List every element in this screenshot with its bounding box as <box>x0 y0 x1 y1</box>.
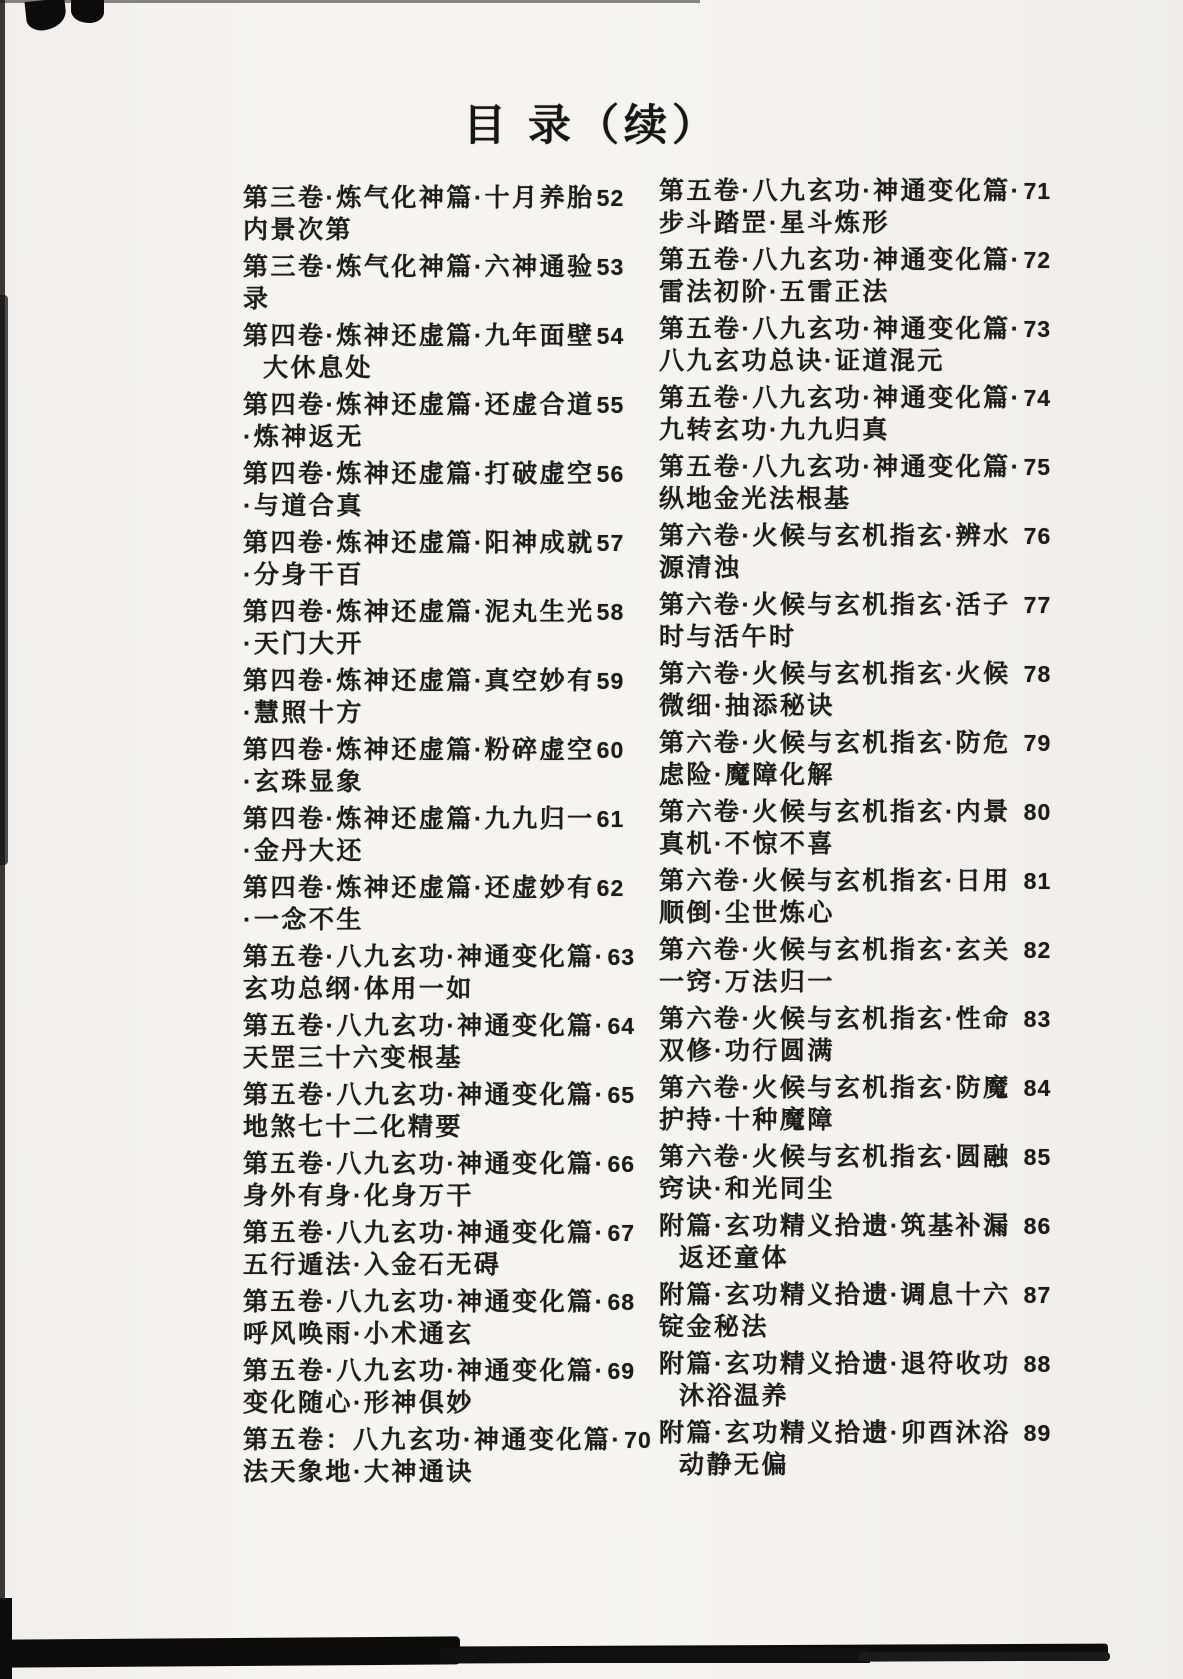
toc-entry-line1: 附篇·玄功精义拾遗·卯酉沐浴89 <box>659 1417 1089 1449</box>
toc-entry-pagenum: 52 <box>597 185 625 211</box>
toc-entry-title: 第五卷·八九玄功·神通变化篇· <box>659 453 1021 481</box>
toc-entry-line1: 第四卷·炼神还虚篇·泥丸生光58 <box>243 596 673 628</box>
toc-entry: 第四卷·炼神还虚篇·真空妙有59·慧照十方 <box>243 665 673 729</box>
toc-entry: 第六卷·火候与玄机指玄·内景80真机·不惊不喜 <box>659 796 1089 860</box>
toc-entry-line1: 第四卷·炼神还虚篇·九九归一61 <box>243 803 673 835</box>
toc-entry-pagenum: 76 <box>1024 523 1052 549</box>
toc-entry-title: 第五卷·八九玄功·神通变化篇· <box>243 1081 605 1109</box>
scanned-toc-page: 目 录（续） 第三卷·炼气化神篇·十月养胎52内景次第第三卷·炼气化神篇·六神通… <box>0 0 1183 1679</box>
toc-entry-line2: 真机·不惊不喜 <box>659 828 1089 860</box>
toc-entry-pagenum: 54 <box>597 323 625 349</box>
toc-entry-pagenum: 69 <box>607 1358 635 1384</box>
toc-entry-line1: 第五卷·八九玄功·神通变化篇·72 <box>659 244 1089 276</box>
toc-entry-line2: 五行遁法·入金石无碍 <box>243 1249 673 1281</box>
toc-entry-pagenum: 55 <box>597 392 625 418</box>
toc-entry-line2: 录 <box>243 283 673 315</box>
toc-entry-line2: 内景次第 <box>243 214 673 246</box>
toc-entry-title: 第三卷·炼气化神篇·六神通验 <box>243 253 595 281</box>
toc-entry: 第四卷·炼神还虚篇·九年面壁54大休息处 <box>243 320 673 384</box>
toc-entry-pagenum: 83 <box>1024 1006 1052 1032</box>
toc-entry-pagenum: 84 <box>1024 1075 1052 1101</box>
toc-entry: 第五卷·八九玄功·神通变化篇·66身外有身·化身万干 <box>243 1148 673 1212</box>
toc-entry-title: 附篇·玄功精义拾遗·调息十六 <box>659 1281 1011 1309</box>
toc-entry-title: 第四卷·炼神还虚篇·九九归一 <box>243 805 595 833</box>
toc-entry: 第五卷·八九玄功·神通变化篇·67五行遁法·入金石无碍 <box>243 1217 673 1281</box>
toc-entry-line1: 第四卷·炼神还虚篇·九年面壁54 <box>243 320 673 352</box>
toc-entry-line2: 护持·十种魔障 <box>659 1104 1089 1136</box>
scan-artifact-top-left-blob-2 <box>71 0 104 23</box>
toc-entry-line1: 第五卷·八九玄功·神通变化篇·69 <box>243 1355 673 1387</box>
toc-entry-line2: 窍诀·和光同尘 <box>659 1173 1089 1205</box>
toc-entry-line1: 第四卷·炼神还虚篇·还虚合道55 <box>243 389 673 421</box>
toc-entry-line2: 法天象地·大神通诀 <box>243 1456 673 1488</box>
toc-entry-title: 第四卷·炼神还虚篇·泥丸生光 <box>243 598 595 626</box>
toc-entry: 第六卷·火候与玄机指玄·活子77时与活午时 <box>659 589 1089 653</box>
toc-entry-title: 第四卷·炼神还虚篇·粉碎虚空 <box>243 736 595 764</box>
toc-entry-pagenum: 61 <box>597 806 625 832</box>
toc-entry-title: 第五卷·八九玄功·神通变化篇· <box>243 1219 605 1247</box>
toc-entry-pagenum: 58 <box>597 599 625 625</box>
toc-entry-pagenum: 67 <box>607 1220 635 1246</box>
toc-entry-pagenum: 70 <box>624 1427 652 1453</box>
toc-entry-title: 第六卷·火候与玄机指玄·内景 <box>659 798 1011 826</box>
toc-entry-line1: 第四卷·炼神还虚篇·还虚妙有62 <box>243 872 673 904</box>
toc-entry-line1: 第三卷·炼气化神篇·六神通验53 <box>243 251 673 283</box>
toc-entry: 第六卷·火候与玄机指玄·防魔84护持·十种魔障 <box>659 1072 1089 1136</box>
toc-entry: 附篇·玄功精义拾遗·调息十六87锭金秘法 <box>659 1279 1089 1343</box>
toc-entry-pagenum: 59 <box>597 668 625 694</box>
toc-entry-line2: 一窍·万法归一 <box>659 966 1089 998</box>
toc-entry: 第四卷·炼神还虚篇·泥丸生光58·天门大开 <box>243 596 673 660</box>
toc-entry-line2: 源清浊 <box>659 552 1089 584</box>
toc-entry: 第六卷·火候与玄机指玄·日用81顺倒·尘世炼心 <box>659 865 1089 929</box>
toc-entry-title: 第六卷·火候与玄机指玄·圆融 <box>659 1143 1011 1171</box>
toc-entry-line2: 纵地金光法根基 <box>659 483 1089 515</box>
toc-entry-line1: 第四卷·炼神还虚篇·真空妙有59 <box>243 665 673 697</box>
toc-entry: 第四卷·炼神还虚篇·阳神成就57·分身干百 <box>243 527 673 591</box>
toc-entry-title: 第四卷·炼神还虚篇·还虚合道 <box>243 391 595 419</box>
toc-entry: 第四卷·炼神还虚篇·粉碎虚空60·玄珠显象 <box>243 734 673 798</box>
toc-entry-title: 第四卷·炼神还虚篇·真空妙有 <box>243 667 595 695</box>
toc-entry-pagenum: 85 <box>1024 1144 1052 1170</box>
toc-entry-line2: 双修·功行圆满 <box>659 1035 1089 1067</box>
toc-entry: 第四卷·炼神还虚篇·九九归一61·金丹大还 <box>243 803 673 867</box>
toc-entry-line2: 动静无偏 <box>659 1449 1089 1481</box>
toc-entry-title: 第五卷·八九玄功·神通变化篇· <box>659 315 1021 343</box>
toc-entry-pagenum: 60 <box>597 737 625 763</box>
toc-entry-line1: 第五卷·八九玄功·神通变化篇·67 <box>243 1217 673 1249</box>
toc-entry-pagenum: 68 <box>607 1289 635 1315</box>
toc-entry-title: 第四卷·炼神还虚篇·阳神成就 <box>243 529 595 557</box>
scan-artifact-left-edge-thick <box>0 295 8 865</box>
toc-entry-line1: 第六卷·火候与玄机指玄·防魔84 <box>659 1072 1089 1104</box>
toc-entry-line2: 沐浴温养 <box>659 1380 1089 1412</box>
toc-entry: 第四卷·炼神还虚篇·还虚合道55·炼神返无 <box>243 389 673 453</box>
toc-entry-title: 第五卷·八九玄功·神通变化篇· <box>243 1357 605 1385</box>
toc-entry-line1: 第五卷·八九玄功·神通变化篇·65 <box>243 1079 673 1111</box>
toc-entry-pagenum: 86 <box>1024 1213 1052 1239</box>
toc-entry-pagenum: 62 <box>597 875 625 901</box>
toc-entry: 附篇·玄功精义拾遗·筑基补漏86返还童体 <box>659 1210 1089 1274</box>
toc-entry-line2: ·慧照十方 <box>243 697 673 729</box>
toc-entry: 第四卷·炼神还虚篇·打破虚空56·与道合真 <box>243 458 673 522</box>
toc-entry-title: 附篇·玄功精义拾遗·卯酉沐浴 <box>659 1419 1011 1447</box>
toc-entry: 第六卷·火候与玄机指玄·火候78微细·抽添秘诀 <box>659 658 1089 722</box>
toc-entry-line1: 附篇·玄功精义拾遗·筑基补漏86 <box>659 1210 1089 1242</box>
toc-entry-line1: 第六卷·火候与玄机指玄·火候78 <box>659 658 1089 690</box>
toc-entry-title: 第五卷·八九玄功·神通变化篇· <box>243 1150 605 1178</box>
toc-entry: 第六卷·火候与玄机指玄·辨水76源清浊 <box>659 520 1089 584</box>
toc-entry-line1: 第六卷·火候与玄机指玄·防危79 <box>659 727 1089 759</box>
toc-entry-line1: 第四卷·炼神还虚篇·阳神成就57 <box>243 527 673 559</box>
toc-entry-pagenum: 56 <box>597 461 625 487</box>
toc-entry: 第三卷·炼气化神篇·十月养胎52内景次第 <box>243 182 673 246</box>
toc-entry-title: 第六卷·火候与玄机指玄·防危 <box>659 729 1011 757</box>
toc-entry-title: 第四卷·炼神还虚篇·打破虚空 <box>243 460 595 488</box>
toc-entry: 第五卷·八九玄功·神通变化篇·68呼风唤雨·小术通玄 <box>243 1286 673 1350</box>
toc-entry-line2: ·与道合真 <box>243 490 673 522</box>
toc-entry-pagenum: 65 <box>607 1082 635 1108</box>
toc-entry-line1: 附篇·玄功精义拾遗·调息十六87 <box>659 1279 1089 1311</box>
toc-entry-line2: ·天门大开 <box>243 628 673 660</box>
toc-entry-title: 第五卷·八九玄功·神通变化篇· <box>659 384 1021 412</box>
toc-entry: 第三卷·炼气化神篇·六神通验53录 <box>243 251 673 315</box>
toc-entry-line1: 第五卷·八九玄功·神通变化篇·66 <box>243 1148 673 1180</box>
toc-entry-pagenum: 72 <box>1023 247 1051 273</box>
toc-entry-pagenum: 74 <box>1023 385 1051 411</box>
toc-entry-pagenum: 64 <box>607 1013 635 1039</box>
toc-entry-pagenum: 89 <box>1024 1420 1052 1446</box>
toc-entry: 第六卷·火候与玄机指玄·性命83双修·功行圆满 <box>659 1003 1089 1067</box>
toc-entry: 第五卷·八九玄功·神通变化篇·75纵地金光法根基 <box>659 451 1089 515</box>
toc-entry-title: 附篇·玄功精义拾遗·退符收功 <box>659 1350 1011 1378</box>
toc-column-right: 第五卷·八九玄功·神通变化篇·71步斗踏罡·星斗炼形第五卷·八九玄功·神通变化篇… <box>659 175 1089 1486</box>
toc-entry-title: 附篇·玄功精义拾遗·筑基补漏 <box>659 1212 1011 1240</box>
toc-entry: 第五卷·八九玄功·神通变化篇·73八九玄功总诀·证道混元 <box>659 313 1089 377</box>
scan-artifact-bottom-band-2 <box>0 1636 460 1667</box>
page-title: 目 录（续） <box>0 92 1183 153</box>
toc-entry-title: 第六卷·火候与玄机指玄·玄关 <box>659 936 1011 964</box>
toc-entry-title: 第五卷·八九玄功·神通变化篇· <box>243 943 605 971</box>
toc-entry-line1: 第四卷·炼神还虚篇·打破虚空56 <box>243 458 673 490</box>
toc-entry-pagenum: 75 <box>1023 454 1051 480</box>
toc-entry-pagenum: 82 <box>1024 937 1052 963</box>
toc-entry: 第五卷·八九玄功·神通变化篇·72雷法初阶·五雷正法 <box>659 244 1089 308</box>
toc-entry-line1: 第五卷·八九玄功·神通变化篇·63 <box>243 941 673 973</box>
toc-entry-line1: 第六卷·火候与玄机指玄·内景80 <box>659 796 1089 828</box>
toc-entry: 附篇·玄功精义拾遗·卯酉沐浴89动静无偏 <box>659 1417 1089 1481</box>
scan-artifact-bottom-band-4 <box>858 1652 1110 1661</box>
toc-entry-line2: 呼风唤雨·小术通玄 <box>243 1318 673 1350</box>
toc-entry-line1: 第五卷·八九玄功·神通变化篇·73 <box>659 313 1089 345</box>
toc-entry-pagenum: 80 <box>1024 799 1052 825</box>
toc-entry-line1: 第五卷·八九玄功·神通变化篇·68 <box>243 1286 673 1318</box>
toc-entry-pagenum: 77 <box>1024 592 1052 618</box>
toc-entry-title: 第三卷·炼气化神篇·十月养胎 <box>243 184 595 212</box>
toc-entry-line2: 地煞七十二化精要 <box>243 1111 673 1143</box>
toc-entry-pagenum: 57 <box>597 530 625 556</box>
toc-entry-line2: ·玄珠显象 <box>243 766 673 798</box>
toc-entry-title: 第六卷·火候与玄机指玄·活子 <box>659 591 1011 619</box>
toc-entry-line2: 八九玄功总诀·证道混元 <box>659 345 1089 377</box>
toc-entry-title: 第五卷·八九玄功·神通变化篇· <box>243 1288 605 1316</box>
toc-entry-title: 第五卷·八九玄功·神通变化篇· <box>659 177 1021 205</box>
toc-entry-line1: 附篇·玄功精义拾遗·退符收功88 <box>659 1348 1089 1380</box>
toc-entry-title: 第六卷·火候与玄机指玄·防魔 <box>659 1074 1011 1102</box>
toc-entry: 第六卷·火候与玄机指玄·防危79虑险·魔障化解 <box>659 727 1089 791</box>
toc-entry-pagenum: 66 <box>607 1151 635 1177</box>
toc-entry-line2: ·分身干百 <box>243 559 673 591</box>
toc-entry-pagenum: 81 <box>1024 868 1052 894</box>
toc-entry: 第六卷·火候与玄机指玄·圆融85窍诀·和光同尘 <box>659 1141 1089 1205</box>
toc-entry-title: 第六卷·火候与玄机指玄·火候 <box>659 660 1011 688</box>
toc-entry: 第五卷·八九玄功·神通变化篇·74九转玄功·九九归真 <box>659 382 1089 446</box>
toc-entry-line2: 大休息处 <box>243 352 673 384</box>
toc-entry-line2: 步斗踏罡·星斗炼形 <box>659 207 1089 239</box>
scan-artifact-top-edge <box>0 0 700 3</box>
toc-entry: 第五卷·八九玄功·神通变化篇·63玄功总纲·体用一如 <box>243 941 673 1005</box>
toc-entry-line2: 身外有身·化身万干 <box>243 1180 673 1212</box>
toc-entry-pagenum: 88 <box>1024 1351 1052 1377</box>
toc-entry-line1: 第六卷·火候与玄机指玄·玄关82 <box>659 934 1089 966</box>
toc-entry-line2: 锭金秘法 <box>659 1311 1089 1343</box>
toc-entry: 第五卷·八九玄功·神通变化篇·71步斗踏罡·星斗炼形 <box>659 175 1089 239</box>
toc-entry-line2: 返还童体 <box>659 1242 1089 1274</box>
toc-entry-pagenum: 78 <box>1024 661 1052 687</box>
toc-entry-line2: 虑险·魔障化解 <box>659 759 1089 791</box>
toc-entry-title: 第六卷·火候与玄机指玄·日用 <box>659 867 1011 895</box>
toc-entry-pagenum: 53 <box>597 254 625 280</box>
toc-entry-line2: 雷法初阶·五雷正法 <box>659 276 1089 308</box>
toc-entry-line2: 天罡三十六变根基 <box>243 1042 673 1074</box>
toc-entry: 第五卷·八九玄功·神通变化篇·69变化随心·形神俱妙 <box>243 1355 673 1419</box>
toc-entry-title: 第五卷·八九玄功·神通变化篇· <box>243 1012 605 1040</box>
toc-entry-line1: 第三卷·炼气化神篇·十月养胎52 <box>243 182 673 214</box>
toc-entry: 附篇·玄功精义拾遗·退符收功88沐浴温养 <box>659 1348 1089 1412</box>
toc-entry-title: 第四卷·炼神还虚篇·九年面壁 <box>243 322 595 350</box>
toc-entry-pagenum: 79 <box>1024 730 1052 756</box>
toc-entry-line2: 顺倒·尘世炼心 <box>659 897 1089 929</box>
toc-entry-line1: 第四卷·炼神还虚篇·粉碎虚空60 <box>243 734 673 766</box>
toc-entry-line1: 第五卷·八九玄功·神通变化篇·64 <box>243 1010 673 1042</box>
toc-entry: 第六卷·火候与玄机指玄·玄关82一窍·万法归一 <box>659 934 1089 998</box>
toc-entry-pagenum: 63 <box>607 944 635 970</box>
toc-entry-line1: 第六卷·火候与玄机指玄·圆融85 <box>659 1141 1089 1173</box>
toc-entry-line2: ·炼神返无 <box>243 421 673 453</box>
toc-entry-line1: 第五卷·八九玄功·神通变化篇·74 <box>659 382 1089 414</box>
toc-entry-title: 第四卷·炼神还虚篇·还虚妙有 <box>243 874 595 902</box>
toc-entry-pagenum: 71 <box>1023 178 1051 204</box>
toc-entry-line1: 第六卷·火候与玄机指玄·日用81 <box>659 865 1089 897</box>
toc-entry-line2: 九转玄功·九九归真 <box>659 414 1089 446</box>
toc-entry-pagenum: 73 <box>1023 316 1051 342</box>
toc-entry-line2: ·一念不生 <box>243 904 673 936</box>
toc-entry-line2: 微细·抽添秘诀 <box>659 690 1089 722</box>
toc-entry-line2: 变化随心·形神俱妙 <box>243 1387 673 1419</box>
toc-entry-title: 第六卷·火候与玄机指玄·性命 <box>659 1005 1011 1033</box>
toc-column-left: 第三卷·炼气化神篇·十月养胎52内景次第第三卷·炼气化神篇·六神通验53录第四卷… <box>243 182 673 1493</box>
toc-entry-title: 第五卷·八九玄功·神通变化篇· <box>659 246 1021 274</box>
toc-entry-line1: 第六卷·火候与玄机指玄·性命83 <box>659 1003 1089 1035</box>
toc-entry-line1: 第六卷·火候与玄机指玄·辨水76 <box>659 520 1089 552</box>
toc-entry-line2: 时与活午时 <box>659 621 1089 653</box>
toc-entry-line1: 第五卷·八九玄功·神通变化篇·75 <box>659 451 1089 483</box>
toc-entry-line2: ·金丹大还 <box>243 835 673 867</box>
toc-entry-line2: 玄功总纲·体用一如 <box>243 973 673 1005</box>
scan-artifact-top-left-blob <box>25 0 68 32</box>
toc-entry: 第五卷：八九玄功·神通变化篇·70法天象地·大神通诀 <box>243 1424 673 1488</box>
toc-entry-title: 第五卷：八九玄功·神通变化篇· <box>243 1426 622 1454</box>
toc-entry: 第四卷·炼神还虚篇·还虚妙有62·一念不生 <box>243 872 673 936</box>
toc-entry-line1: 第六卷·火候与玄机指玄·活子77 <box>659 589 1089 621</box>
toc-entry: 第五卷·八九玄功·神通变化篇·64天罡三十六变根基 <box>243 1010 673 1074</box>
toc-entry-line1: 第五卷：八九玄功·神通变化篇·70 <box>243 1424 673 1456</box>
toc-entry-pagenum: 87 <box>1024 1282 1052 1308</box>
toc-entry: 第五卷·八九玄功·神通变化篇·65地煞七十二化精要 <box>243 1079 673 1143</box>
toc-entry-title: 第六卷·火候与玄机指玄·辨水 <box>659 522 1011 550</box>
toc-entry-line1: 第五卷·八九玄功·神通变化篇·71 <box>659 175 1089 207</box>
scan-artifact-bottom-band-3 <box>440 1648 870 1663</box>
